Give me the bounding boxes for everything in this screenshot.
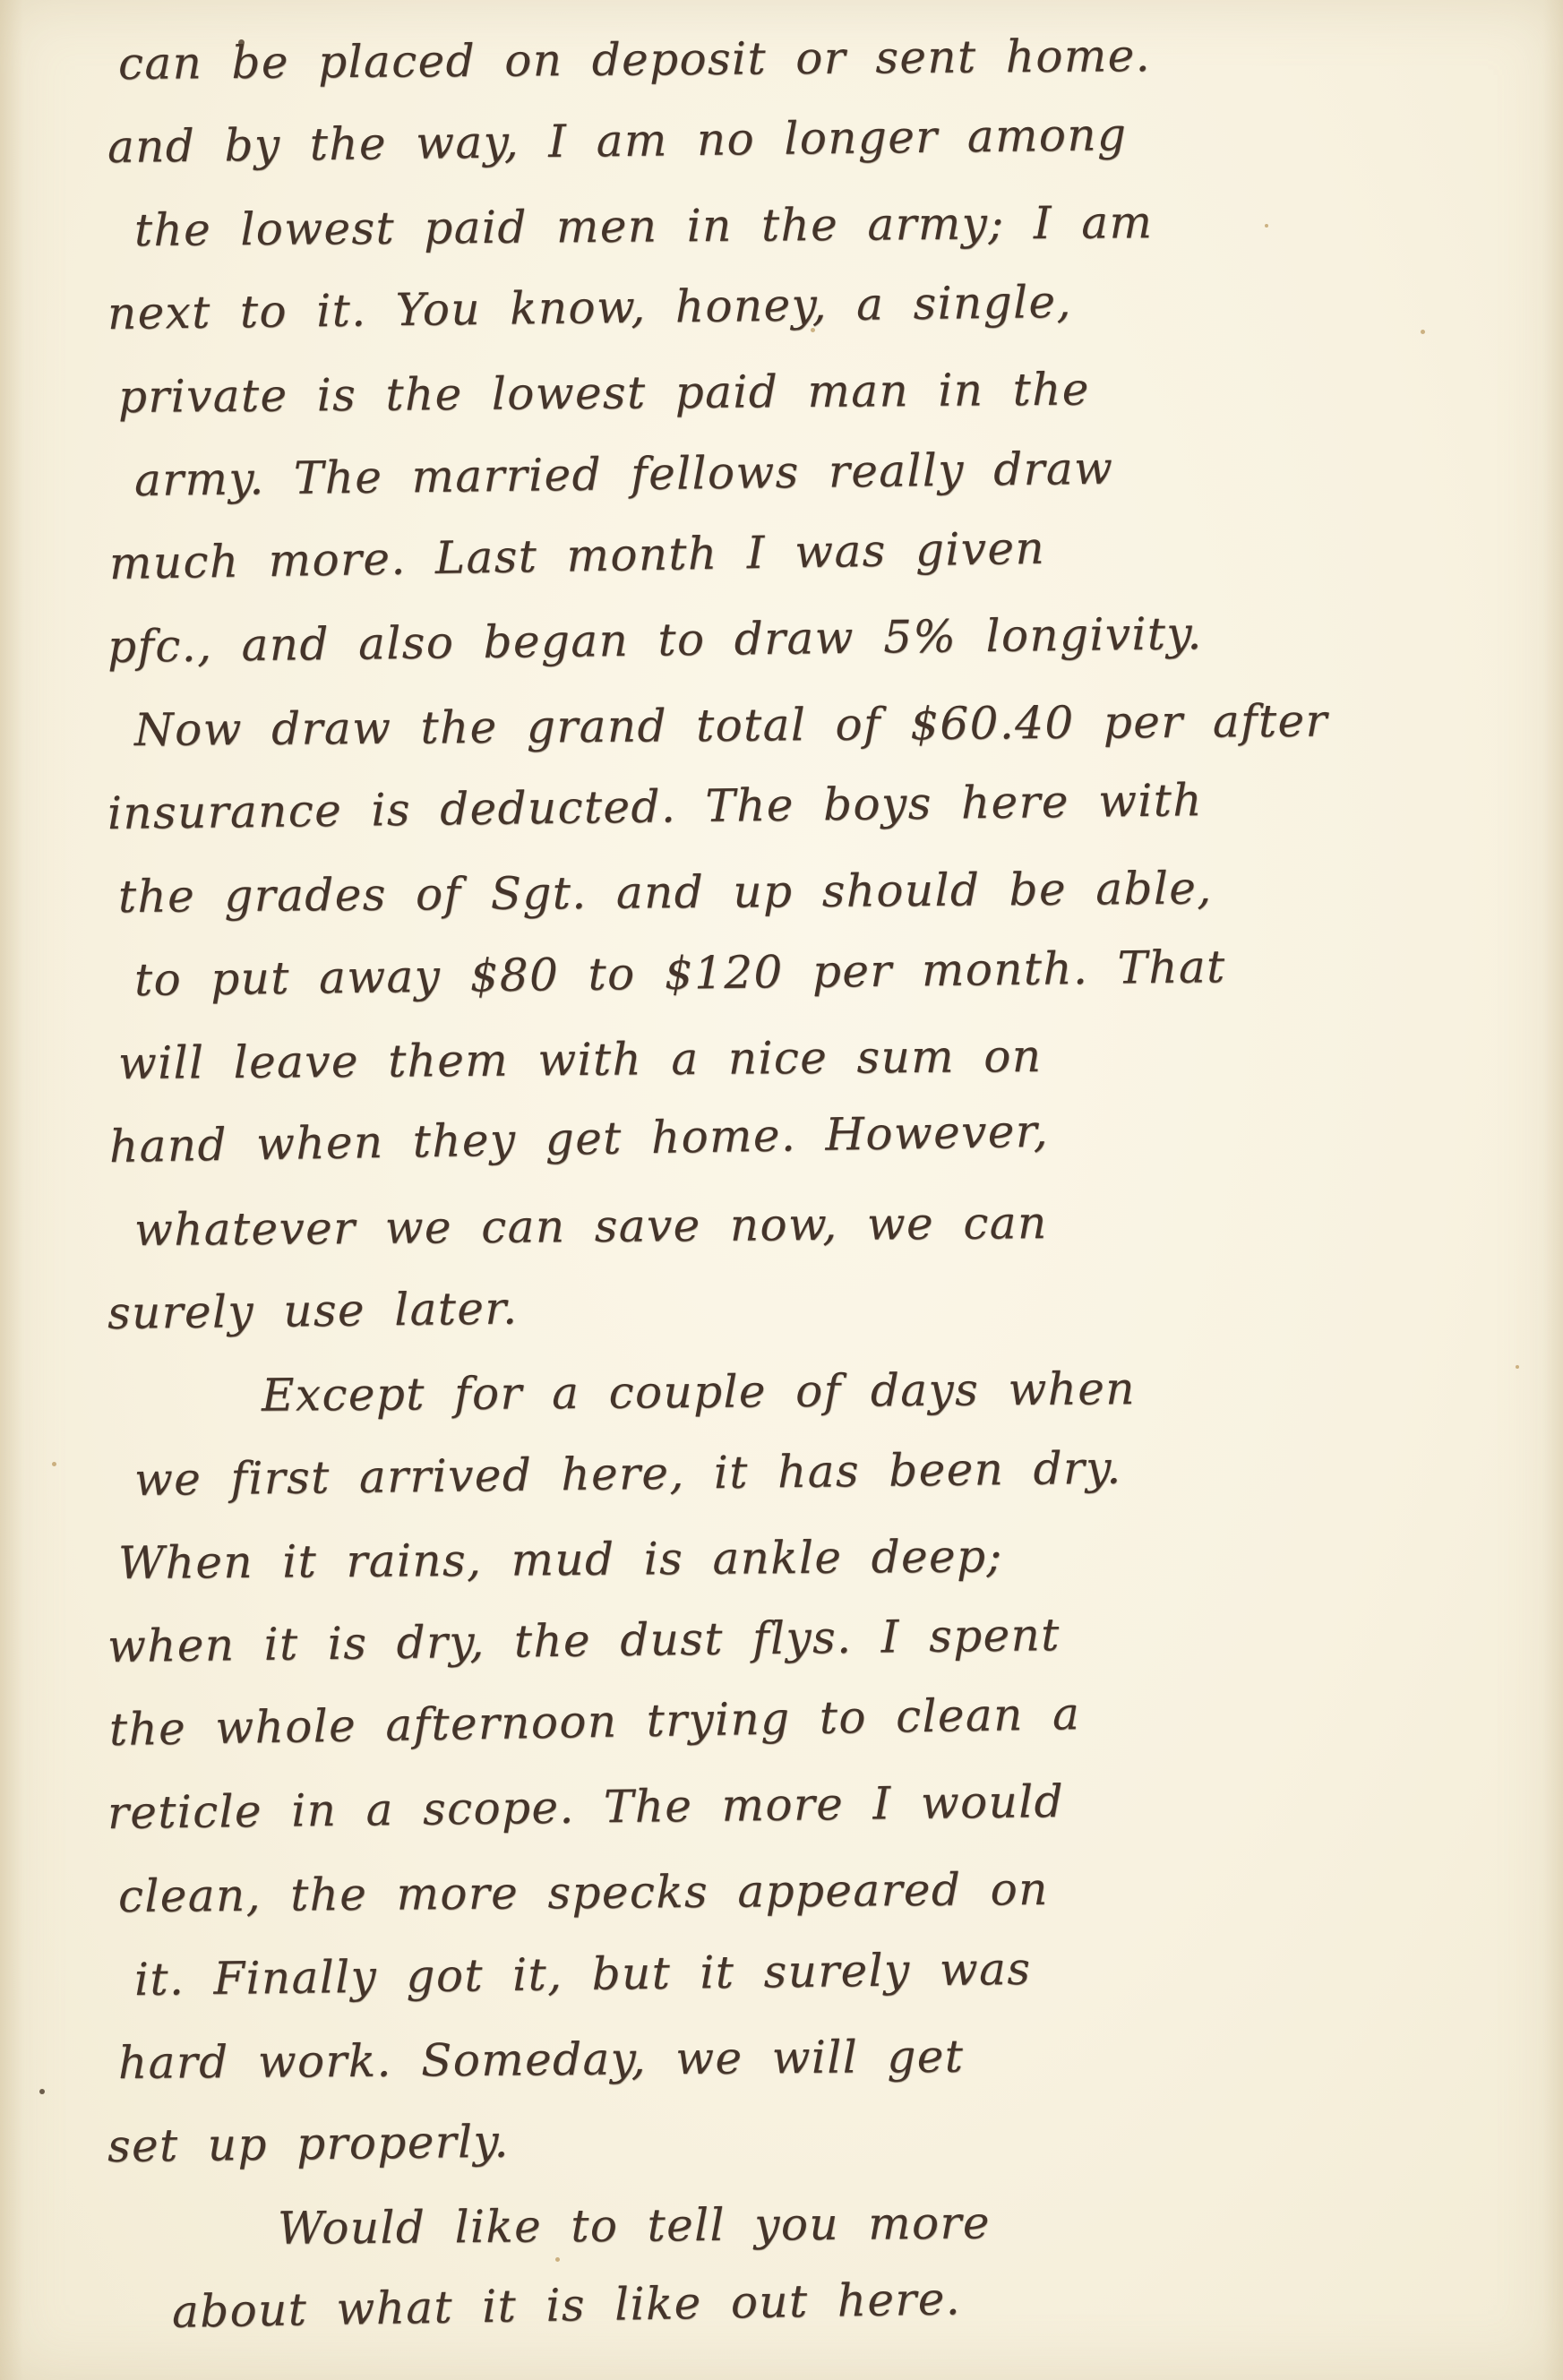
letter-line-22: reticle in a scope. The more I would <box>107 1754 1527 1854</box>
paper-speck <box>1265 224 1268 228</box>
letter-line-12: to put away $80 to $120 per month. That <box>133 921 1527 1021</box>
paper-speck <box>555 2257 560 2262</box>
letter-line-24: it. Finally got it, but it surely was <box>133 1920 1527 2021</box>
letter-line-4: next to it. You know, honey, a single, <box>107 254 1527 355</box>
letter-line-8: pfc., and also began to draw 5% longivit… <box>107 588 1527 688</box>
paper-speck <box>238 39 245 46</box>
paper-speck <box>811 328 815 332</box>
letter-body: can be placed on deposit or sent home. a… <box>107 21 1527 2354</box>
letter-line-26: set up properly. <box>107 2087 1527 2187</box>
paper-speck <box>1421 330 1425 334</box>
letter-line-18: we first arrived here, it has been dry. <box>133 1421 1527 1521</box>
paper-speck <box>39 2089 45 2094</box>
letter-line-2: and by the way, I am no longer among <box>107 88 1527 188</box>
letter-line-10: insurance is deducted. The boys here wit… <box>107 754 1527 855</box>
letter-page: can be placed on deposit or sent home. a… <box>0 0 1563 2380</box>
paper-speck <box>1516 1365 1519 1369</box>
paper-speck <box>52 1462 56 1466</box>
letter-line-16: surely use later. <box>107 1254 1527 1354</box>
